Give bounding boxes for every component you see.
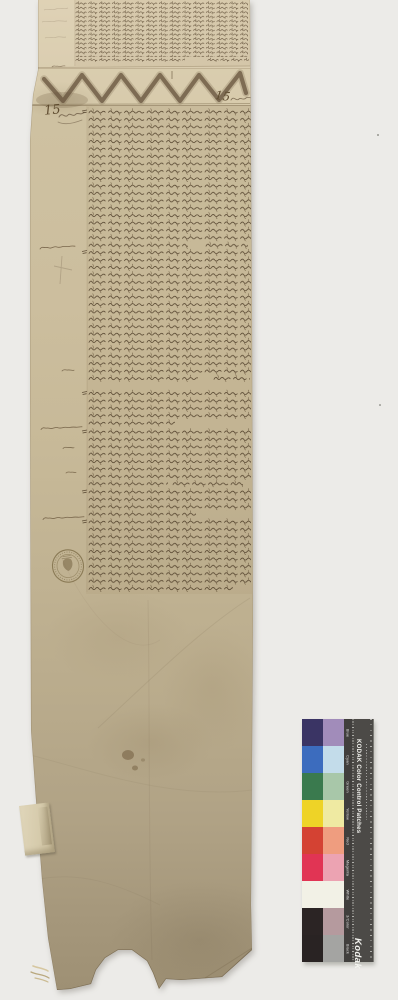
color-patch xyxy=(302,827,323,854)
color-patch xyxy=(323,800,344,827)
color-patch xyxy=(302,908,323,935)
color-patch xyxy=(302,746,323,773)
patch-label: White xyxy=(345,889,351,900)
archive-stamp xyxy=(50,548,85,584)
patch-row-black xyxy=(302,935,344,962)
kodak-color-bar: BlueCyanGreenYellowRedMagentaWhite3/Colo… xyxy=(302,719,373,962)
color-patch xyxy=(323,746,344,773)
patch-label: Red xyxy=(345,837,351,845)
color-patch xyxy=(323,773,344,800)
color-patch xyxy=(323,854,344,881)
marginal-notes xyxy=(40,66,84,520)
color-patch xyxy=(302,854,323,881)
manuscript-text-block-main xyxy=(88,108,251,592)
patch-label: Black xyxy=(345,943,351,953)
patch-row-green xyxy=(302,773,344,800)
paragraph-marks xyxy=(82,110,87,523)
color-patch xyxy=(302,719,323,746)
patch-row-blue xyxy=(302,719,344,746)
patch-row-white xyxy=(302,881,344,908)
photo-background: 15 15 BlueCyanGreenYellowRedMagentaWhite… xyxy=(0,0,398,1000)
color-patch xyxy=(302,773,323,800)
color-patch xyxy=(323,908,344,935)
ruler-ticks-fine xyxy=(352,719,354,962)
color-patch xyxy=(323,881,344,908)
margin-showthrough xyxy=(42,0,75,66)
manuscript-line-fragment xyxy=(207,58,249,62)
color-patch xyxy=(323,827,344,854)
manuscript-line xyxy=(75,58,185,62)
kodak-title: KODAK Color Control Patches xyxy=(355,739,362,833)
color-patch xyxy=(323,935,344,962)
ruler-ticks-coarse xyxy=(370,719,372,962)
ink-stains xyxy=(122,750,145,771)
kodak-strip: BlueCyanGreenYellowRedMagentaWhite3/Colo… xyxy=(344,719,374,962)
patch-label: Cyan xyxy=(345,755,351,765)
kodak-brand: Kodak xyxy=(352,938,363,969)
patch-label: Magenta xyxy=(345,859,351,875)
color-patch xyxy=(302,800,323,827)
color-patch xyxy=(302,935,323,962)
membrane-number-right: 15 xyxy=(214,88,231,104)
dust-speck xyxy=(377,134,379,136)
manuscript-text-block-upper xyxy=(75,1,248,57)
patch-row-3-color xyxy=(302,908,344,935)
kodak-small-print xyxy=(366,744,367,820)
patch-row-cyan xyxy=(302,746,344,773)
dust-speck xyxy=(379,404,381,406)
color-patch xyxy=(323,719,344,746)
patch-label: Yellow xyxy=(345,807,351,819)
color-patches xyxy=(302,719,344,962)
patch-row-yellow xyxy=(302,800,344,827)
parchment-repair-tab xyxy=(19,802,55,855)
patch-label: Blue xyxy=(345,728,351,736)
patch-row-magenta xyxy=(302,854,344,881)
color-patch xyxy=(302,881,323,908)
margin-cross-mark xyxy=(54,256,72,284)
patch-row-red xyxy=(302,827,344,854)
patch-label: 3/Color xyxy=(345,915,351,929)
patch-label: Green xyxy=(345,781,351,793)
membrane-number-left: 15 xyxy=(43,102,61,118)
